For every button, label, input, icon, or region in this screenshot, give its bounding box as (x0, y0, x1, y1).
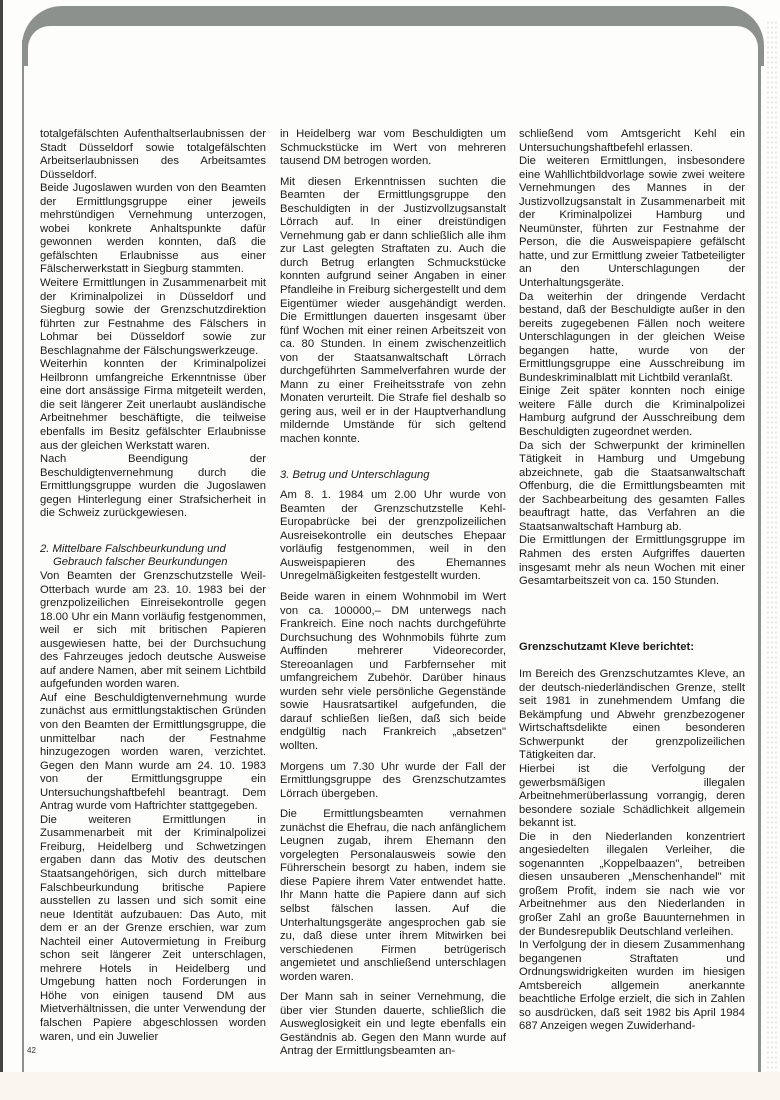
paragraph: Die weiteren Ermittlungen in Zusammenarb… (40, 814, 266, 1044)
paragraph: Im Bereich des Grenzschutzamtes Kleve, a… (519, 668, 745, 763)
paragraph: Die weiteren Ermittlungen, insbesondere … (519, 155, 745, 290)
paragraph: Der Mann sah in seiner Vernehmung, die ü… (280, 991, 506, 1059)
paragraph: Einige Zeit später konnten noch einige w… (519, 385, 745, 439)
heading-line-1: 2. Mittelbare Falschbeurkundung und (40, 543, 226, 555)
section-spacer (40, 521, 266, 543)
paragraph: Nach Beendigung der Beschuldigtenvernehm… (40, 453, 266, 521)
paragraph: Weitere Ermittlungen in Zusammenarbeit m… (40, 277, 266, 358)
paragraph: Mit diesen Erkenntnissen suchten die Bea… (280, 176, 506, 447)
paragraph: Die Ermittlungen der Ermittlungsgruppe i… (519, 534, 745, 588)
paragraph: Beide waren in einem Wohnmobil im Wert v… (280, 591, 506, 754)
section-spacer (519, 654, 745, 668)
paragraph: Auf eine Beschuldigtenvernehmung wurde z… (40, 692, 266, 814)
paragraph: Von Beamten der Grenzschutzstelle Weil-O… (40, 570, 266, 692)
paragraph: Am 8. 1. 1984 um 2.00 Uhr wurde von Beam… (280, 489, 506, 584)
column-1: totalgefälschten Aufenthaltserlaubnissen… (40, 128, 266, 1044)
section-heading-3: 3. Betrug und Unterschlagung (280, 469, 506, 483)
paragraph: Beide Jugoslawen wurden von den Beamten … (40, 182, 266, 277)
section-heading-2: 2. Mittelbare Falschbeurkundung und Gebr… (40, 543, 266, 570)
section-heading-kleve: Grenzschutzamt Kleve berichtet: (519, 641, 745, 655)
paragraph: totalgefälschten Aufenthaltserlaubnissen… (40, 128, 266, 182)
page-number: 42 (27, 1046, 36, 1055)
paragraph: Morgens um 7.30 Uhr wurde der Fall der E… (280, 761, 506, 802)
paragraph: Die Ermittlungsbeamten vernahmen zunächs… (280, 808, 506, 984)
paragraph: Da sich der Schwerpunkt der kriminellen … (519, 440, 745, 535)
paragraph: Da weiterhin der dringende Verdacht best… (519, 291, 745, 386)
frame-left-border (22, 40, 24, 1080)
paragraph: In Verfolgung der in diesem Zusammenhang… (519, 939, 745, 1034)
scan-speckle (766, 20, 778, 1080)
scan-edge (0, 0, 3, 1100)
page-bottom-margin (0, 1072, 780, 1100)
section-spacer (519, 589, 745, 641)
column-2: in Heidelberg war vom Beschuldigten um S… (280, 128, 506, 1059)
column-3: schließend vom Amtsgericht Kehl ein Unte… (519, 128, 745, 1034)
section-spacer (280, 447, 506, 469)
paragraph: in Heidelberg war vom Beschuldigten um S… (280, 128, 506, 169)
frame-right-border (758, 40, 761, 1080)
paragraph: Weiterhin konnten der Kriminalpolizei He… (40, 358, 266, 453)
paragraph: Die in den Niederlanden konzentriert ang… (519, 831, 745, 939)
heading-line-2: Gebrauch falscher Beurkundungen (40, 556, 266, 570)
paragraph: Hierbei ist die Verfolgung der gewerbsmä… (519, 763, 745, 831)
paragraph: schließend vom Amtsgericht Kehl ein Unte… (519, 128, 745, 155)
